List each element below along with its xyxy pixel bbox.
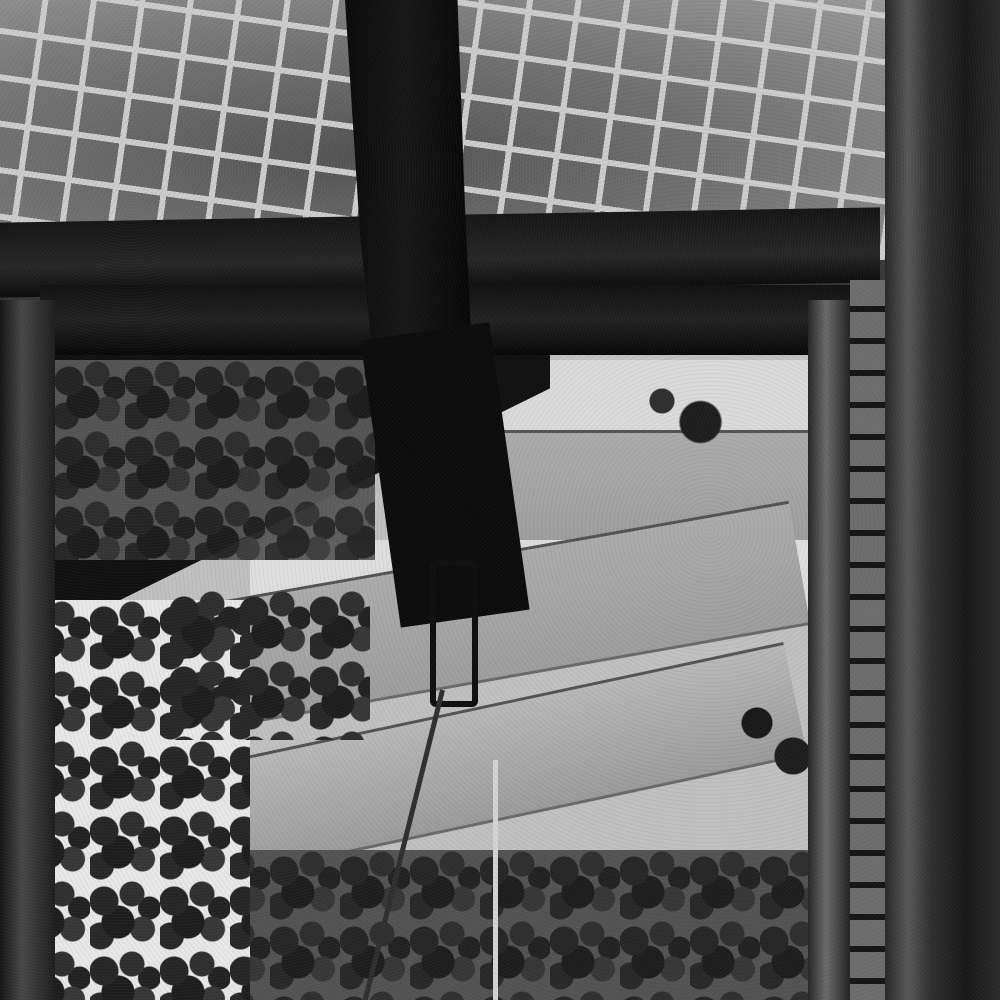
iron-hook — [430, 560, 478, 707]
window-frame-right — [808, 300, 853, 1000]
vine-leaves — [730, 690, 820, 800]
light-rod — [493, 760, 498, 1000]
foliage-bottom — [200, 850, 810, 1000]
window-frame-left — [0, 300, 55, 1000]
leaf-shadow — [640, 380, 750, 450]
foliage-middle — [170, 590, 370, 740]
foliage-upper-left — [55, 360, 375, 560]
door-jamb-right — [885, 0, 1000, 1000]
photograph — [0, 0, 1000, 1000]
